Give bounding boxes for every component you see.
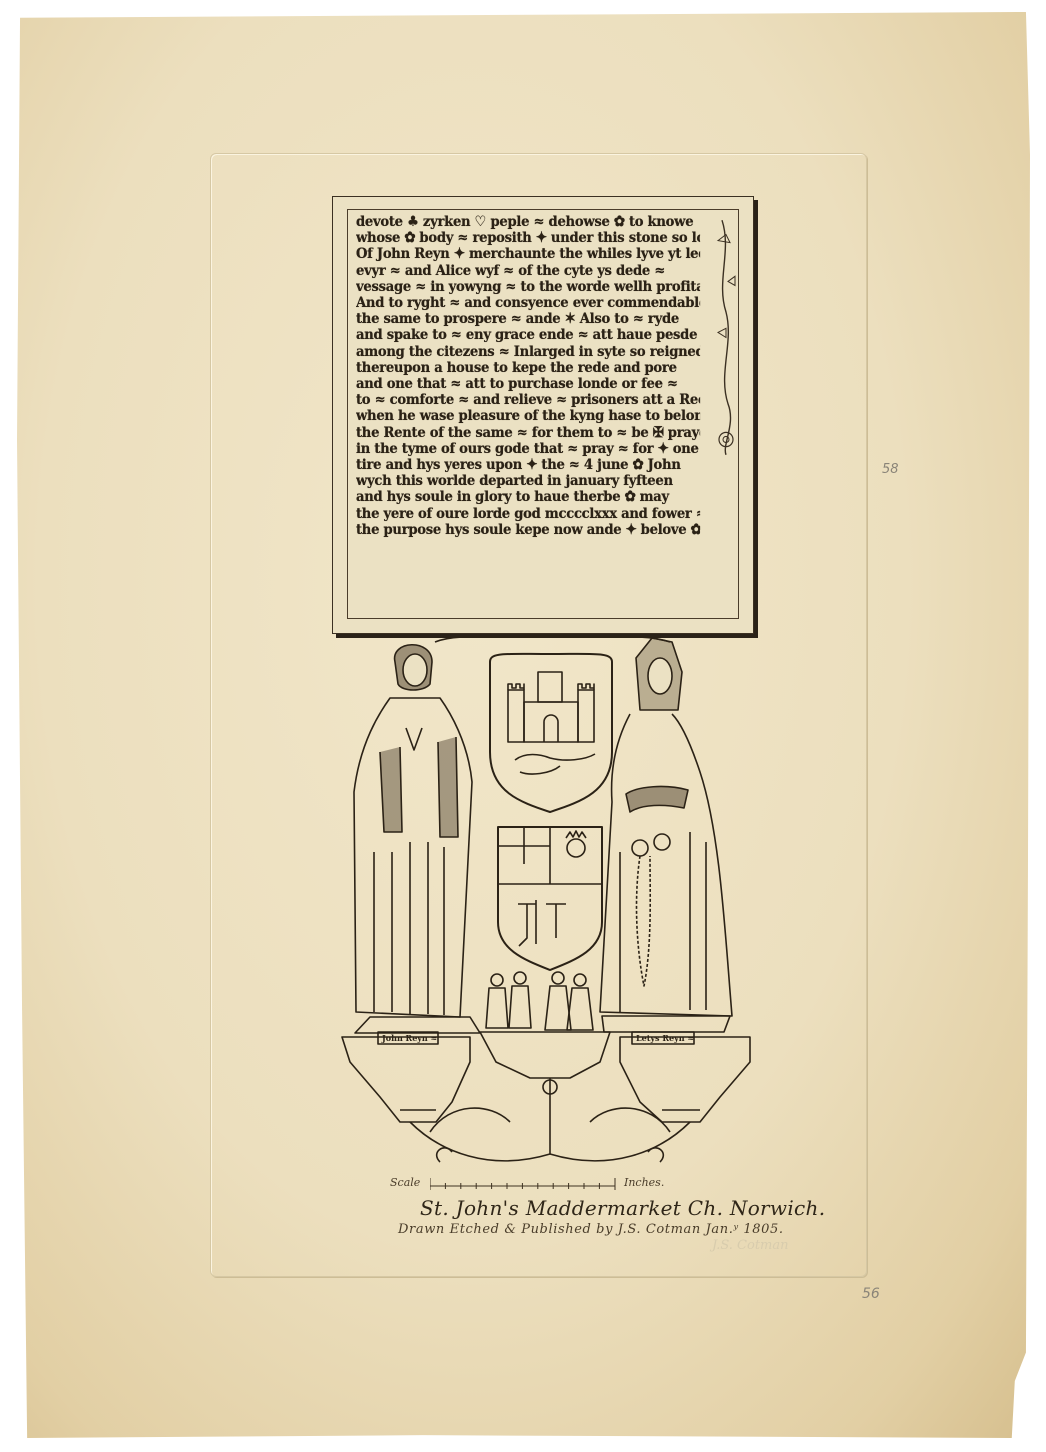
- inscription-line: And to ryght ≈ and consyence ever commen…: [356, 295, 700, 311]
- monumental-brass-figures: John Reyn ≈ Letys Reyn ≈: [340, 632, 760, 1177]
- inscription-line: whose ✿ body ≈ reposith ✦ under this sto…: [356, 230, 700, 246]
- inscription-line: the yere of oure lorde god mcccclxxx and…: [356, 506, 700, 522]
- inscription-line: evyr ≈ and Alice wyf ≈ of the cyte ys de…: [356, 263, 700, 279]
- scale-bar: Scale Inches.: [400, 1176, 760, 1196]
- inscription-line: the purpose hys soule kepe now ande ✦ be…: [356, 522, 700, 538]
- scale-label: Scale: [390, 1176, 420, 1189]
- castle-shield: [490, 654, 612, 812]
- inscription-plate: devote ♣ zyrken ♡ peple ≈ dehowse ✿ to k…: [332, 196, 754, 634]
- name-plate-left: John Reyn ≈: [381, 1033, 437, 1043]
- arms-shield: [498, 827, 602, 970]
- inscription-line: the same to prospere ≈ ande ✶ Also to ≈ …: [356, 311, 700, 327]
- inscription-text-block: devote ♣ zyrken ♡ peple ≈ dehowse ✿ to k…: [347, 209, 739, 619]
- inscription-line: tire and hys yeres upon ✦ the ≈ 4 june ✿…: [356, 457, 700, 473]
- scale-ruler-icon: [430, 1176, 620, 1192]
- scale-unit-label: Inches.: [624, 1176, 664, 1189]
- inscription-line: and hys soule in glory to haue therbe ✿ …: [356, 489, 700, 505]
- inscription-line: and spake to ≈ eny grace ende ≈ att haue…: [356, 327, 700, 343]
- inscription-line: vessage ≈ in yowyng ≈ to the worde wellh…: [356, 279, 700, 295]
- inscription-line: and one that ≈ att to purchase londe or …: [356, 376, 700, 392]
- vine-ornament-icon: [712, 210, 736, 618]
- male-figure: [354, 645, 480, 1033]
- faint-signature: J.S. Cotman: [712, 1238, 789, 1253]
- inscription-line: in the tyme of ours gode that ≈ pray ≈ f…: [356, 441, 700, 457]
- inscription-line: wych this worlde departed in january fyf…: [356, 473, 700, 489]
- inscription-line: the Rente of the same ≈ for them to ≈ be…: [356, 425, 700, 441]
- inscription-line: among the citezens ≈ Inlarged in syte so…: [356, 344, 700, 360]
- pencil-number-upper: 58: [882, 462, 899, 477]
- pencil-number-lower: 56: [862, 1286, 880, 1302]
- print-credit: Drawn Etched & Published by J.S. Cotman …: [398, 1222, 784, 1237]
- name-plate-labels: John Reyn ≈ Letys Reyn ≈: [381, 1033, 694, 1043]
- inscription-line: when he wase pleasure of the kyng hase t…: [356, 408, 700, 424]
- inscription-line: thereupon a house to kepe the rede and p…: [356, 360, 700, 376]
- children-figures: [486, 972, 593, 1030]
- inscription-line: devote ♣ zyrken ♡ peple ≈ dehowse ✿ to k…: [356, 214, 700, 230]
- name-plate-right: Letys Reyn ≈: [636, 1033, 694, 1043]
- inscription-line: to ≈ comforte ≈ and relieve ≈ prisoners …: [356, 392, 700, 408]
- print-title: St. John's Maddermarket Ch. Norwich.: [420, 1196, 825, 1220]
- female-figure: [600, 638, 732, 1032]
- inscription-line: Of John Reyn ✦ merchaunte the whiles lyv…: [356, 246, 700, 262]
